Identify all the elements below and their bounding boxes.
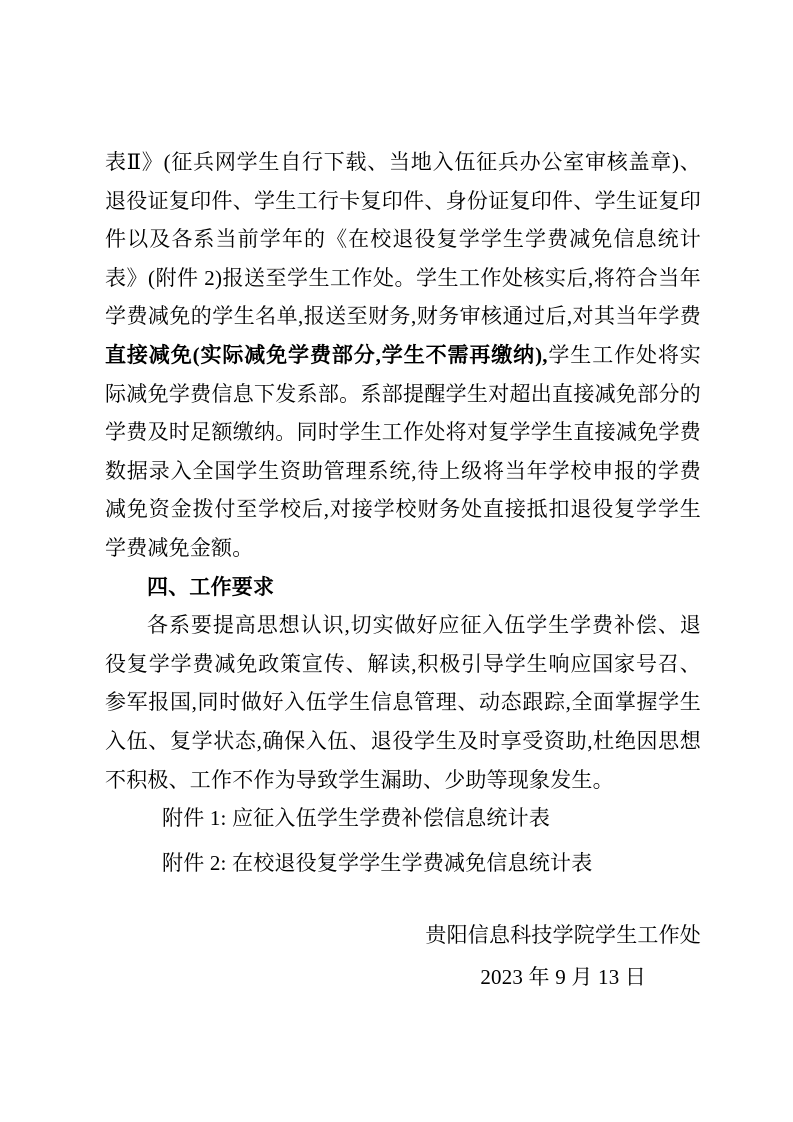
signature-inner: 贵阳信息科技学院学生工作处 2023 年 9 月 13 日	[425, 914, 701, 998]
signature-organization: 贵阳信息科技学院学生工作处	[425, 914, 701, 956]
document-page: 表Ⅱ》(征兵网学生自行下载、当地入伍征兵办公室审核盖章)、退役证复印件、学生工行…	[0, 0, 793, 1122]
body-paragraph-tuition-reduction: 表Ⅱ》(征兵网学生自行下载、当地入伍征兵办公室审核盖章)、退役证复印件、学生工行…	[105, 143, 701, 568]
signature-date: 2023 年 9 月 13 日	[480, 956, 646, 998]
bold-emphasis-direct-reduction: 直接减免(实际减免学费部分,学生不需再缴纳),	[105, 343, 548, 367]
body-paragraph-run-before-bold: 表Ⅱ》(征兵网学生自行下载、当地入伍征兵办公室审核盖章)、退役证复印件、学生工行…	[105, 150, 701, 328]
attachment-line-2: 附件 2: 在校退役复学学生学费减免信息统计表	[162, 844, 701, 883]
signature-block: 贵阳信息科技学院学生工作处 2023 年 9 月 13 日	[105, 914, 701, 998]
requirements-paragraph: 各系要提高思想认识,切实做好应征入伍学生学费补偿、退役复学学费减免政策宣传、解读…	[105, 606, 701, 799]
attachment-line-1: 附件 1: 应征入伍学生学费补偿信息统计表	[162, 799, 701, 838]
body-paragraph-run-after-bold: 学生工作处将实际减免学费信息下发系部。系部提醒学生对超出直接减免部分的学费及时足…	[105, 343, 701, 560]
section-heading-work-requirements: 四、工作要求	[105, 568, 701, 607]
